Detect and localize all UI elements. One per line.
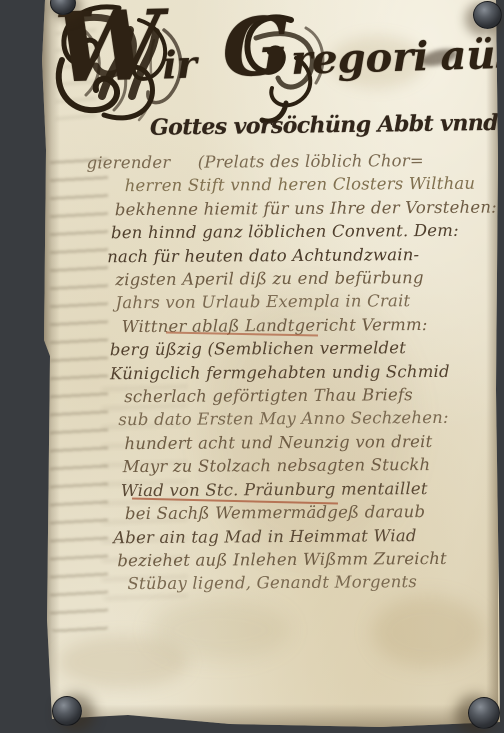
manuscript-line: nach für heuten dato Achtundzwain-	[85, 242, 489, 268]
manuscript-line: bekhenne hiemit für uns Ihre der Vorsteh…	[85, 195, 489, 221]
manuscript-line: ben hinnd ganz löblichen Convent. Dem:	[85, 219, 489, 245]
paper-edge-shadow-bottom	[40, 704, 504, 728]
pin-top-right	[473, 1, 502, 29]
headline-word-gregori: Gregori	[221, 10, 429, 86]
manuscript-line: Künigclich fermgehabten undig Schmid	[86, 359, 490, 385]
manuscript-line: scherlach geförtigten Thau Briefs	[86, 383, 490, 409]
manuscript-line: berg üßzig (Semblichen vermeldet	[86, 336, 490, 362]
paper-stain	[150, 600, 290, 660]
headline-word-wir: Wir	[53, 7, 197, 91]
invocation-line: Gottes vorsöchüng Abbt vnnd Re:	[150, 109, 504, 140]
manuscript-line: sub dato Ersten May Anno Sechzehen:	[86, 406, 490, 432]
manuscript-line: gierender (Prelats des löblich Chor=	[84, 149, 488, 175]
manuscript-line: hundert acht und Neunzig von dreit	[86, 429, 490, 455]
manuscript-line: zigsten Aperil diß zu end befürbung	[85, 266, 489, 292]
paper-stain	[372, 596, 484, 668]
manuscript-line: bei Sachß Wemmermädgeß daraub	[87, 500, 491, 526]
headline: WirGregoriaüs	[53, 0, 504, 90]
manuscript-line: Stübay ligend, Genandt Morgents	[87, 570, 491, 596]
headline-word-aus: aüs	[440, 31, 504, 80]
manuscript-line: Aber ain tag Mad in Heimmat Wiad	[87, 523, 491, 549]
manuscript-line: beziehet auß Inlehen Wißmm Zureicht	[87, 546, 491, 572]
paper-stain	[58, 636, 188, 688]
manuscript-body: gierender (Prelats des löblich Chor= her…	[84, 149, 491, 597]
pin-bottom-right	[468, 697, 500, 729]
manuscript-line: Mayr zu Stolzach nebsagten Stuckh	[87, 453, 491, 479]
manuscript-page: WirGregoriaüs Gottes vorsöchüng Abbt vnn…	[0, 0, 504, 733]
manuscript-line: Jahrs von Urlaub Exempla in Crait	[85, 289, 489, 315]
pin-bottom-left	[52, 696, 82, 726]
manuscript-line: herren Stift vnnd heren Closters Wilthau	[85, 172, 489, 198]
photo-background: WirGregoriaüs Gottes vorsöchüng Abbt vnn…	[0, 0, 504, 733]
